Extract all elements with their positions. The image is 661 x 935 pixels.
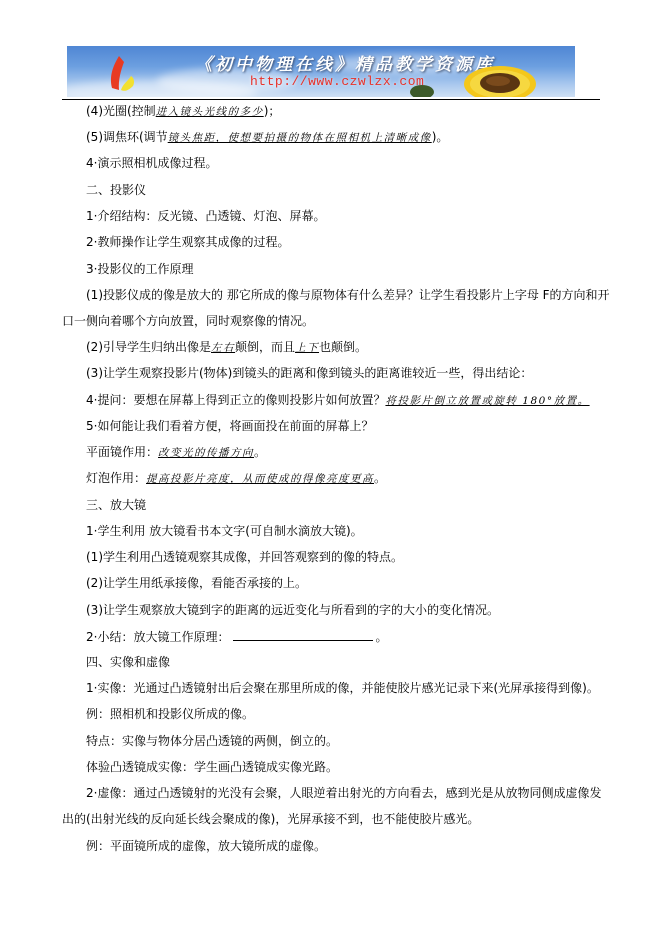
text-span: (5)调焦环(调节 — [86, 130, 168, 144]
paragraph-line: 2·虚像：通过凸透镜射的光没有会聚，人眼逆着出射光的方向看去，感到光是从放物同侧… — [86, 785, 601, 801]
site-logo-icon — [107, 54, 147, 94]
paragraph-line: (2)让学生用纸承接像，看能否承接的上。 — [86, 575, 307, 591]
text-span: 1·实像：光通过凸透镜射出后会聚在那里所成的像，并能使胶片感光记录下来(光屏承接… — [86, 681, 599, 695]
text-span: 1·介绍结构：反光镜、凸透镜、灯泡、屏幕。 — [86, 209, 325, 223]
paragraph-line: (4)光圈(控制进入镜头光线的多少)； — [86, 103, 280, 120]
text-span: 灯泡作用： — [86, 471, 146, 485]
text-span: (3)让学生观察放大镜到字的距离的远近变化与所看到的字的大小的变化情况。 — [86, 603, 499, 617]
paragraph-line: 2·小结：放大镜工作原理：。 — [86, 628, 387, 645]
underlined-answer: 进入镜头光线的多少 — [156, 106, 264, 118]
paragraph-line: 二、投影仪 — [86, 182, 146, 198]
text-span: (3)让学生观察投影片(物体)到镜头的距离和像到镜头的距离谁较近一些，得出结论： — [86, 366, 532, 380]
text-span: )。 — [432, 130, 449, 144]
text-span: 5·如何能让我们看着方便，将画面投在前面的屏幕上？ — [86, 419, 373, 433]
sunflower-icon — [462, 60, 538, 97]
paragraph-line: (3)让学生观察投影片(物体)到镜头的距离和像到镜头的距离谁较近一些，得出结论： — [86, 365, 532, 381]
paragraph-line: 1·介绍结构：反光镜、凸透镜、灯泡、屏幕。 — [86, 208, 325, 224]
text-span: 2·教师操作让学生观察其成像的过程。 — [86, 235, 289, 249]
text-span: (4)光圈(控制 — [86, 104, 156, 118]
text-span: (1)学生利用凸透镜观察其成像，并回答观察到的像的特点。 — [86, 550, 403, 564]
text-span: 2·虚像：通过凸透镜射的光没有会聚，人眼逆着出射光的方向看去，感到光是从放物同侧… — [86, 786, 601, 800]
text-span: 4·演示照相机成像过程。 — [86, 156, 217, 170]
underlined-answer: 改变光的传播方向 — [158, 447, 254, 459]
text-span: 2·小结：放大镜工作原理： — [86, 630, 229, 644]
paragraph-line: 例：平面镜所成的虚像，放大镜所成的虚像。 — [86, 838, 326, 854]
paragraph-line: 体验凸透镜成实像：学生画凸透镜成实像光路。 — [86, 759, 338, 775]
paragraph-line: 4·演示照相机成像过程。 — [86, 155, 217, 171]
paragraph-line: (1)学生利用凸透镜观察其成像，并回答观察到的像的特点。 — [86, 549, 403, 565]
text-span: )； — [264, 104, 281, 118]
header-divider — [62, 99, 600, 100]
paragraph-line: 平面镜作用：改变光的传播方向。 — [86, 444, 266, 461]
paragraph-line: 2·教师操作让学生观察其成像的过程。 — [86, 234, 289, 250]
text-span: 四、实像和虚像 — [86, 655, 170, 669]
text-span: 二、投影仪 — [86, 183, 146, 197]
paragraph-line: (5)调焦环(调节镜头焦距，使想要拍摄的物体在照相机上清晰成像)。 — [86, 129, 448, 146]
paragraph-line: (2)引导学生归纳出像是左右颠倒，而且上下也颠倒。 — [86, 339, 367, 356]
text-span: 平面镜作用： — [86, 445, 158, 459]
paragraph-line: (3)让学生观察放大镜到字的距离的远近变化与所看到的字的大小的变化情况。 — [86, 602, 499, 618]
banner-title: 《初中物理在线》精品教学资源库 — [195, 50, 495, 75]
paragraph-line: 5·如何能让我们看着方便，将画面投在前面的屏幕上？ — [86, 418, 373, 434]
text-span: (1)投影仪成的像是放大的 那它所成的像与原物体有什么差异？让学生看投影片上字母… — [86, 288, 610, 302]
text-span: (2)引导学生归纳出像是 — [86, 340, 211, 354]
underlined-answer: 左右 — [211, 342, 235, 354]
banner-url[interactable]: http://www.czwlzx.com — [250, 74, 424, 89]
text-span: 口一侧向着哪个方向放置，同时观察像的情况。 — [62, 314, 314, 328]
underlined-answer: 将投影片倒立放置或旋转 180°放置。 — [385, 395, 589, 407]
header-banner: 《初中物理在线》精品教学资源库 http://www.czwlzx.com — [67, 46, 575, 97]
fill-in-blank[interactable] — [233, 628, 373, 641]
text-span: 例：照相机和投影仪所成的像。 — [86, 707, 254, 721]
text-span: 三、放大镜 — [86, 498, 146, 512]
paragraph-line: 1·学生利用 放大镜看书本文字(可自制水滴放大镜)。 — [86, 523, 363, 539]
paragraph-line: 特点：实像与物体分居凸透镜的两侧，倒立的。 — [86, 733, 338, 749]
small-flower-icon — [407, 82, 437, 97]
text-span: 1·学生利用 放大镜看书本文字(可自制水滴放大镜)。 — [86, 524, 363, 538]
text-span: (2)让学生用纸承接像，看能否承接的上。 — [86, 576, 307, 590]
paragraph-line: 3·投影仪的工作原理 — [86, 261, 193, 277]
underlined-answer: 镜头焦距，使想要拍摄的物体在照相机上清晰成像 — [168, 132, 432, 144]
paragraph-line: 1·实像：光通过凸透镜射出后会聚在那里所成的像，并能使胶片感光记录下来(光屏承接… — [86, 680, 599, 696]
text-span: 也颠倒。 — [319, 340, 367, 354]
paragraph-line: 出的(出射光线的反向延长线会聚成的像)，光屏承接不到，也不能使胶片感光。 — [62, 811, 479, 827]
paragraph-line: (1)投影仪成的像是放大的 那它所成的像与原物体有什么差异？让学生看投影片上字母… — [86, 287, 610, 303]
text-span: 。 — [374, 471, 386, 485]
underlined-answer: 提高投影片亮度，从而使成的得像亮度更高 — [146, 473, 374, 485]
text-span: 颠倒，而且 — [235, 340, 295, 354]
text-span: 特点：实像与物体分居凸透镜的两侧，倒立的。 — [86, 734, 338, 748]
text-span: 。 — [375, 630, 387, 644]
text-span: 出的(出射光线的反向延长线会聚成的像)，光屏承接不到，也不能使胶片感光。 — [62, 812, 479, 826]
paragraph-line: 三、放大镜 — [86, 497, 146, 513]
paragraph-line: 口一侧向着哪个方向放置，同时观察像的情况。 — [62, 313, 314, 329]
text-span: 3·投影仪的工作原理 — [86, 262, 193, 276]
paragraph-line: 灯泡作用：提高投影片亮度，从而使成的得像亮度更高。 — [86, 470, 386, 487]
paragraph-line: 4·提问：要想在屏幕上得到正立的像则投影片如何放置？将投影片倒立放置或旋转 18… — [86, 392, 590, 409]
text-span: 例：平面镜所成的虚像，放大镜所成的虚像。 — [86, 839, 326, 853]
text-span: 。 — [254, 445, 266, 459]
underlined-answer: 上下 — [295, 342, 319, 354]
text-span: 体验凸透镜成实像：学生画凸透镜成实像光路。 — [86, 760, 338, 774]
paragraph-line: 四、实像和虚像 — [86, 654, 170, 670]
text-span: 4·提问：要想在屏幕上得到正立的像则投影片如何放置？ — [86, 393, 385, 407]
paragraph-line: 例：照相机和投影仪所成的像。 — [86, 706, 254, 722]
